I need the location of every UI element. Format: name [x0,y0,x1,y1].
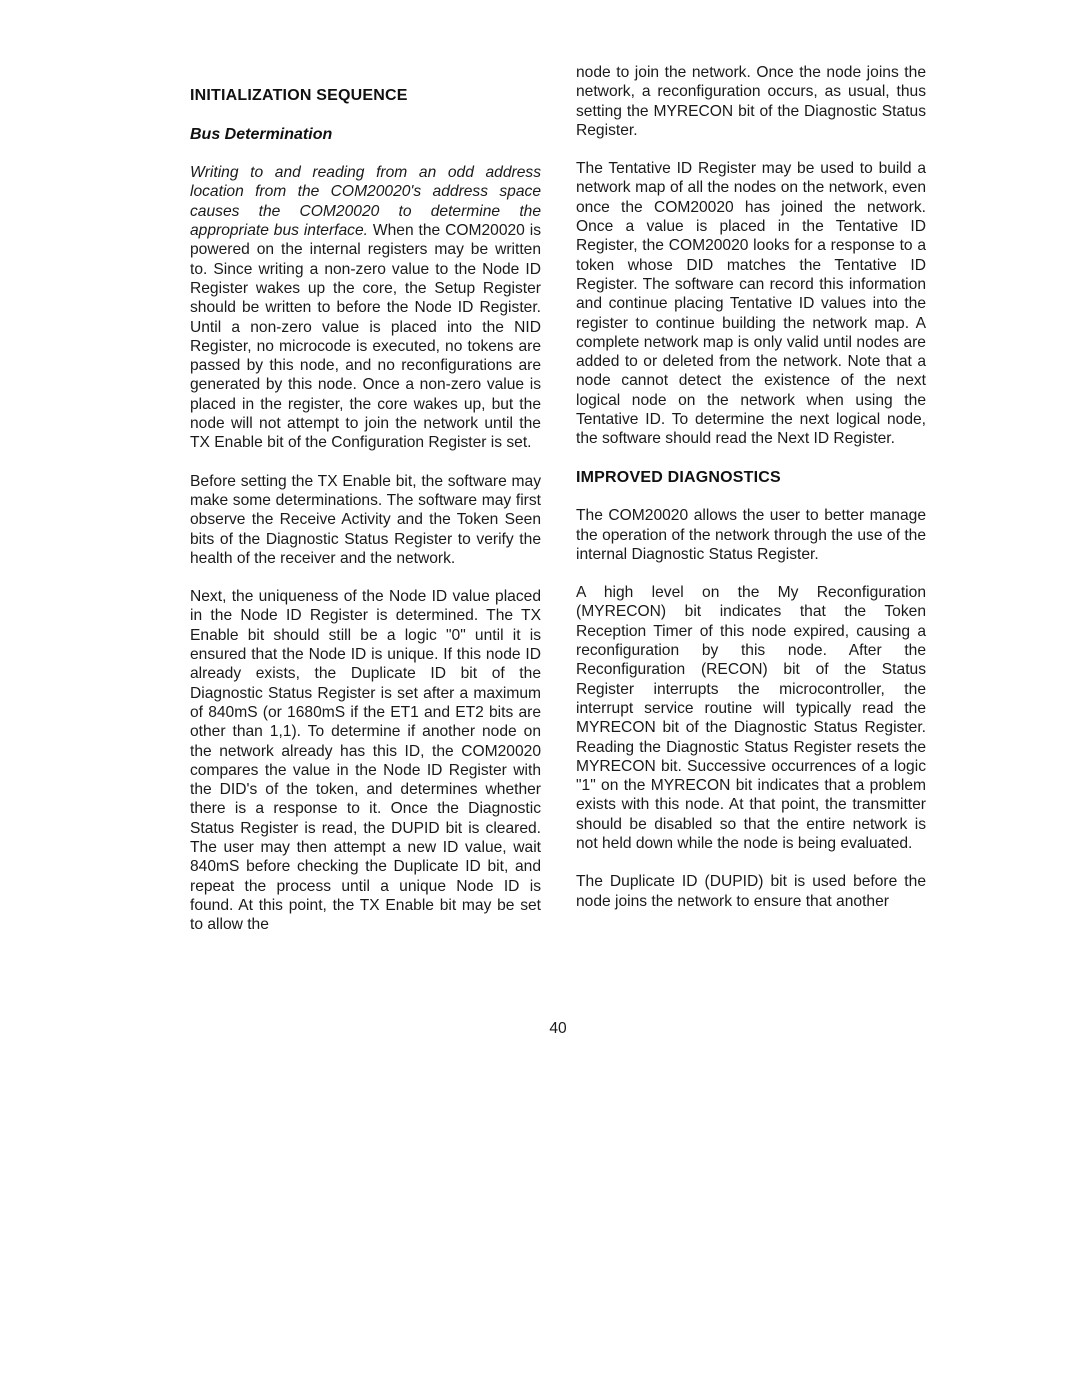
section-heading-initialization-sequence: INITIALIZATION SEQUENCE [190,86,541,105]
paragraph-bus-determination-1: Writing to and reading from an odd addre… [190,163,541,452]
paragraph-node-joins-network: node to join the network. Once the node … [576,63,926,140]
paragraph-dupid-bit: The Duplicate ID (DUPID) bit is used bef… [576,872,926,911]
right-column: node to join the network. Once the node … [576,63,926,930]
section-heading-improved-diagnostics: IMPROVED DIAGNOSTICS [576,468,926,487]
page-number: 40 [190,1020,926,1038]
paragraph-myrecon-bit: A high level on the My Reconfiguration (… [576,583,926,853]
paragraph-diagnostic-status-register: The COM20020 allows the user to better m… [576,506,926,564]
paragraph-tentative-id-register: The Tentative ID Register may be used to… [576,159,926,448]
document-page: INITIALIZATION SEQUENCE Bus Determinatio… [0,0,1080,1397]
paragraph-node-id-uniqueness: Next, the uniqueness of the Node ID valu… [190,587,541,934]
paragraph-roman-continuation: When the COM20020 is powered on the inte… [190,222,541,451]
paragraph-before-tx-enable: Before setting the TX Enable bit, the so… [190,472,541,568]
subsection-heading-bus-determination: Bus Determination [190,125,541,144]
left-column: INITIALIZATION SEQUENCE Bus Determinatio… [190,86,541,953]
